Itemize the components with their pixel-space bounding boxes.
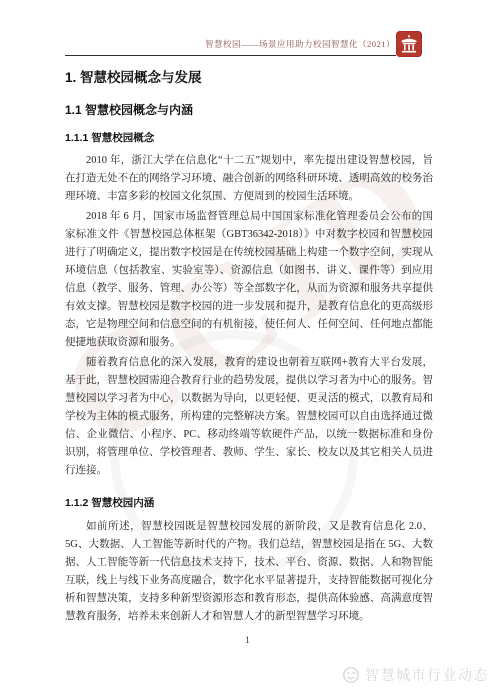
header-divider: [65, 55, 396, 56]
footer-brand-label: 智慧城市行业动态: [365, 665, 489, 685]
document-body: 1. 智慧校园概念与发展 1.1 智慧校园概念与内涵 1.1.1 智慧校园概念 …: [65, 62, 433, 628]
face-logo-icon: [342, 666, 360, 684]
document-page: CCID 智慧校园——场景应用助力校园智慧化（2021） 1. 智慧校园概念与发…: [0, 0, 495, 700]
pavilion-glyph: [399, 34, 419, 54]
paragraph-concept-1: 2010 年，浙江大学在信息化“十二五”规划中，率先提出建设智慧校园，旨在打造无…: [65, 152, 433, 206]
page-header-title: 智慧校园——场景应用助力校园智慧化（2021）: [65, 38, 395, 50]
section-heading-1: 1. 智慧校园概念与发展: [65, 66, 433, 86]
paragraph-concept-3: 随着教育信息化的深入发展，教育的建设也朝着互联网+教育大平台发展，基于此，智慧校…: [65, 354, 433, 480]
paragraph-connotation-1: 如前所述，智慧校园既是智慧校园发展的新阶段，又是教育信息化 2.0、5G、大数据…: [65, 518, 433, 626]
section-heading-1-1-1: 1.1.1 智慧校园概念: [65, 130, 433, 145]
paragraph-concept-2: 2018 年 6 月，国家市场监督管理总局中国国家标准化管理委员会公布的国家标准…: [65, 208, 433, 352]
pavilion-logo-icon: [396, 31, 422, 57]
footer-brand: 智慧城市行业动态: [342, 665, 489, 685]
section-heading-1-1-2: 1.1.2 智慧校园内涵: [65, 495, 433, 510]
page-number: 1: [0, 636, 495, 646]
section-heading-1-1: 1.1 智慧校园概念与内涵: [65, 101, 433, 118]
